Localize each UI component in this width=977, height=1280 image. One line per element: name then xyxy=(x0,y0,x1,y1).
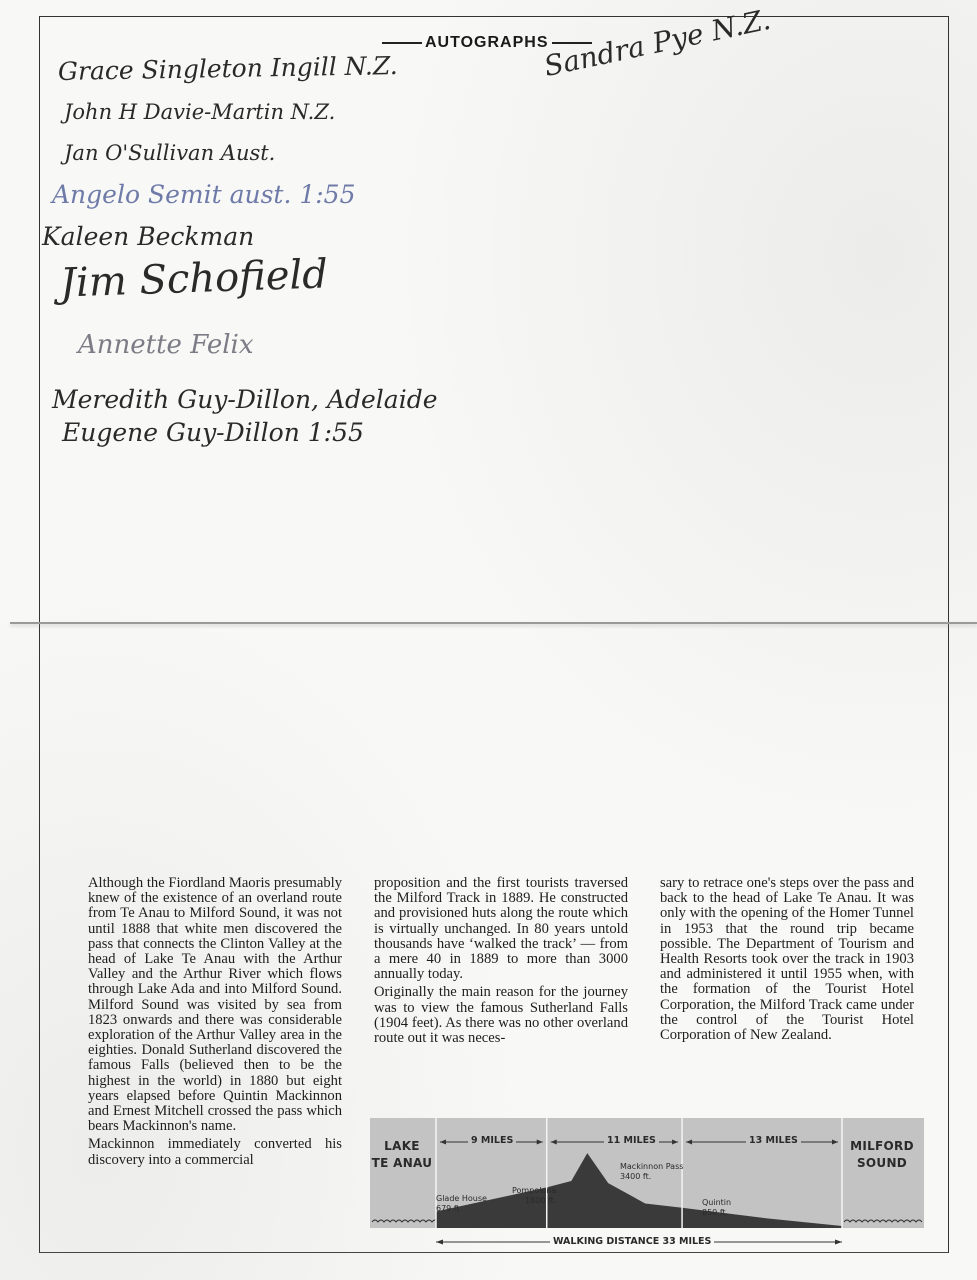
heading-text: AUTOGRAPHS xyxy=(425,34,549,52)
segment-3-label: 13 MILES xyxy=(746,1135,801,1146)
stop-pompolona: Pompolona 1800 ft. xyxy=(512,1186,556,1206)
paper-fold-crease xyxy=(10,622,977,624)
autograph-9: Eugene Guy-Dillon 1:55 xyxy=(62,418,364,447)
stop-quintin: Quintin 850 ft. xyxy=(702,1198,731,1218)
stop-name: Quintin xyxy=(702,1198,731,1208)
article-column-2: proposition and the first tourists trave… xyxy=(374,876,628,1049)
stop-elevation: 3400 ft. xyxy=(620,1172,683,1182)
article-paragraph: Mackinnon immediately converted his disc… xyxy=(88,1137,342,1167)
stop-name: Glade House xyxy=(436,1194,487,1204)
scanned-page: AUTOGRAPHS Grace Singleton Ingill N.Z. J… xyxy=(0,0,977,1280)
autograph-1: Grace Singleton Ingill N.Z. xyxy=(58,51,398,86)
autograph-8: Meredith Guy-Dillon, Adelaide xyxy=(52,385,438,414)
walking-distance-label: WALKING DISTANCE 33 MILES xyxy=(550,1236,714,1247)
autograph-5: Kaleen Beckman xyxy=(42,222,254,251)
article-paragraph: Originally the main reason for the journ… xyxy=(374,985,628,1046)
autograph-7: Annette Felix xyxy=(78,330,254,360)
end-label-line1: MILFORD xyxy=(842,1138,922,1155)
end-label-line2: SOUND xyxy=(842,1155,922,1172)
autograph-6: Jim Schofield xyxy=(59,251,328,306)
stop-name: Pompolona xyxy=(512,1186,556,1196)
segment-1-label: 9 MILES xyxy=(468,1135,516,1146)
end-label: MILFORD SOUND xyxy=(842,1138,922,1172)
stop-elevation: 850 ft. xyxy=(702,1208,731,1218)
start-label-line1: LAKE xyxy=(370,1138,434,1155)
start-label: LAKE TE ANAU xyxy=(370,1138,434,1172)
autograph-2: John H Davie-Martin N.Z. xyxy=(64,100,335,124)
article-paragraph: Although the Fiordland Maoris presumably… xyxy=(88,876,342,1134)
article-column-1: Although the Fiordland Maoris presumably… xyxy=(88,876,342,1171)
stop-elevation: 1800 ft. xyxy=(512,1196,556,1206)
autograph-4: Angelo Semit aust. 1:55 xyxy=(52,180,355,209)
stop-elevation: 679 ft xyxy=(436,1204,487,1214)
article-paragraph: proposition and the first tourists trave… xyxy=(374,876,628,982)
article-column-3: sary to retrace one's steps over the pas… xyxy=(660,876,914,1046)
heading-rule-left xyxy=(382,42,422,44)
article-paragraph: sary to retrace one's steps over the pas… xyxy=(660,876,914,1043)
stop-name: Mackinnon Pass xyxy=(620,1162,683,1172)
stop-glade-house: Glade House 679 ft xyxy=(436,1194,487,1214)
track-profile-diagram: LAKE TE ANAU MILFORD SOUND 9 MILES 11 MI… xyxy=(370,1118,924,1253)
autograph-3: Jan O'Sullivan Aust. xyxy=(64,141,275,165)
start-label-line2: TE ANAU xyxy=(370,1155,434,1172)
stop-mackinnon-pass: Mackinnon Pass 3400 ft. xyxy=(620,1162,683,1182)
segment-2-label: 11 MILES xyxy=(604,1135,659,1146)
